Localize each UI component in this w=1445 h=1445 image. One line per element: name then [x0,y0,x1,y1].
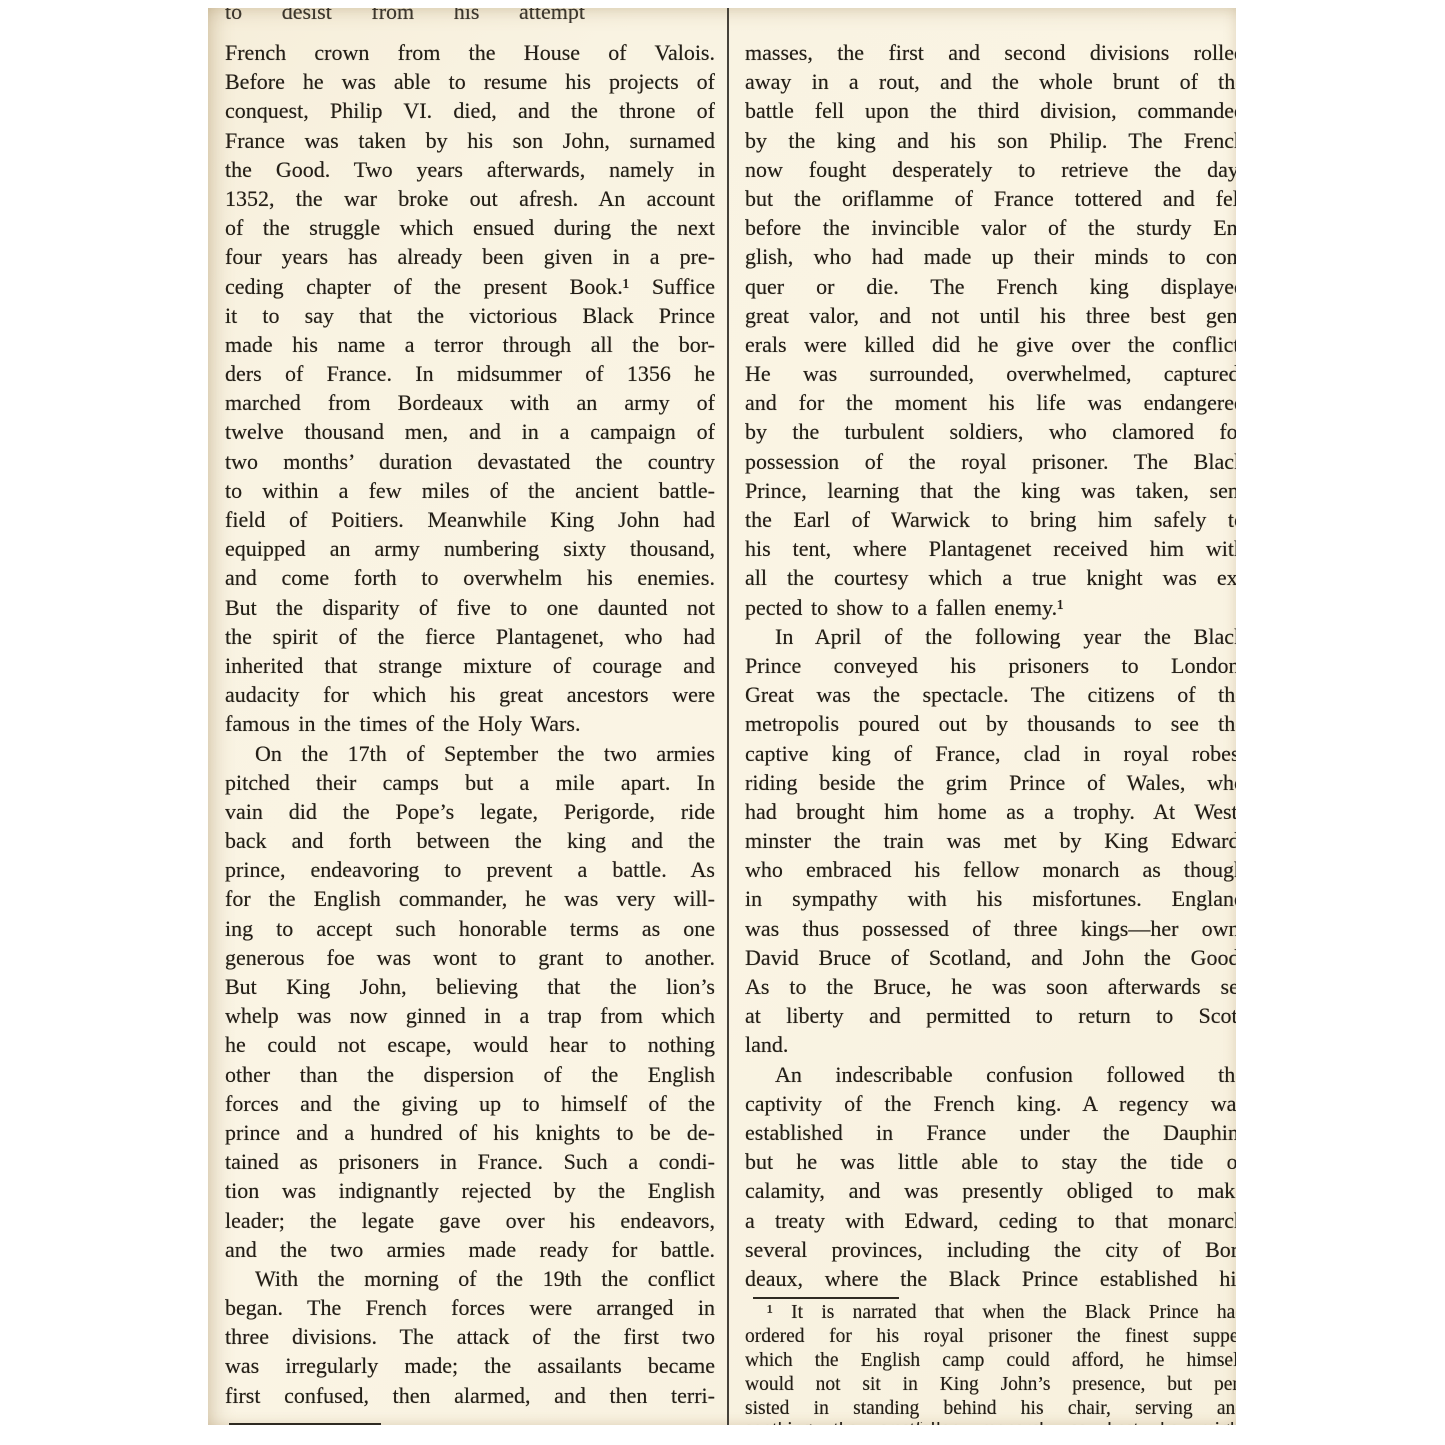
text-line: two months’ duration devastated the coun… [225,447,715,476]
right-column-lines: masses, the first and second divisions r… [745,38,1236,1293]
text-line: prince and a hundred of his knights to b… [225,1118,715,1147]
text-line: Prince conveyed his prisoners to London. [745,651,1236,680]
left-column: to desist from his attempt French crown … [225,8,715,1425]
text-line: In April of the following year the Black [745,622,1236,651]
text-line: tion was indignantly rejected by the Eng… [225,1176,715,1205]
right-footnote-rule [753,1297,899,1299]
text-line: quer or die. The French king displayed [745,272,1236,301]
text-line: and come forth to overwhelm his enemies. [225,563,715,592]
text-line: several provinces, including the city of… [745,1235,1236,1264]
text-line: began. The French forces were arranged i… [225,1293,715,1322]
text-line: tained as prisoners in France. Such a co… [225,1147,715,1176]
text-line: As to the Bruce, he was soon afterwards … [745,972,1236,1001]
text-line: away in a rout, and the whole brunt of t… [745,67,1236,96]
text-line: a treaty with Edward, ceding to that mon… [745,1206,1236,1235]
text-line: He was surrounded, overwhelmed, captured… [745,359,1236,388]
left-column-clipped-top-line: to desist from his attempt [225,8,585,23]
text-line: other than the dispersion of the English [225,1060,715,1089]
text-line: who embraced his fellow monarch as thoug… [745,855,1236,884]
text-line: back and forth between the king and the [225,826,715,855]
text-line: glish, who had made up their minds to co… [745,242,1236,271]
text-line: But the disparity of five to one daunted… [225,593,715,622]
text-line: land. [745,1030,1236,1059]
book-page: to desist from his attempt French crown … [208,8,1236,1425]
text-line: by the turbulent soldiers, who clamored … [745,417,1236,446]
text-line: pected to show to a fallen enemy.¹ [745,593,1236,622]
text-line: On the 17th of September the two armies [225,739,715,768]
text-line: famous in the times of the Holy Wars. [225,709,715,738]
text-line: all the courtesy which a true knight was… [745,563,1236,592]
text-line: With the morning of the 19th the conflic… [225,1264,715,1293]
text-line: in sympathy with his misfortunes. Englan… [745,884,1236,913]
text-line: An indescribable confusion followed the [745,1060,1236,1089]
text-line: masses, the first and second divisions r… [745,38,1236,67]
text-line: possession of the royal prisoner. The Bl… [745,447,1236,476]
text-line: soothing the crestfallen monarch as best… [745,1422,1236,1426]
text-line: generous foe was wont to grant to anothe… [225,943,715,972]
text-line: the Earl of Warwick to bring him safely … [745,505,1236,534]
text-line: of the struggle which ensued during the … [225,213,715,242]
footnote-line: ¹ It is narrated that when the Black Pri… [745,1301,1236,1325]
text-line: ders of France. In midsummer of 1356 he [225,359,715,388]
text-line: prince, endeavoring to prevent a battle.… [225,855,715,884]
left-column-lines: French crown from the House of Valois.Be… [225,38,715,1410]
text-line: four years has already been given in a p… [225,242,715,271]
text-line: had brought him home as a trophy. At Wes… [745,797,1236,826]
column-divider [727,8,729,1425]
text-line: minster the train was met by King Edward… [745,826,1236,855]
text-line: the Good. Two years afterwards, namely i… [225,155,715,184]
text-line: was thus possessed of three kings—her ow… [745,914,1236,943]
text-line: inherited that strange mixture of courag… [225,651,715,680]
text-line: now fought desperately to retrieve the d… [745,155,1236,184]
text-line: metropolis poured out by thousands to se… [745,709,1236,738]
text-line: was irregularly made; the assailants bec… [225,1351,715,1380]
text-line: and for the moment his life was endanger… [745,388,1236,417]
text-line: captivity of the French king. A regency … [745,1089,1236,1118]
text-line: Before he was able to resume his project… [225,67,715,96]
text-line: ceding chapter of the present Book.¹ Suf… [225,272,715,301]
text-line: riding beside the grim Prince of Wales, … [745,768,1236,797]
text-line: France was taken by his son John, surnam… [225,126,715,155]
text-line: David Bruce of Scotland, and John the Go… [745,943,1236,972]
text-line: whelp was now ginned in a trap from whic… [225,1001,715,1030]
right-footnote-clipped-bottom-line: soothing the crestfallen monarch as best… [745,1422,1236,1426]
text-line: pitched their camps but a mile apart. In [225,768,715,797]
text-line: calamity, and was presently obliged to m… [745,1176,1236,1205]
text-line: for the English commander, he was very w… [225,884,715,913]
footnote-line: would not sit in King John’s presence, b… [745,1373,1236,1397]
text-line: vain did the Pope’s legate, Perigorde, r… [225,797,715,826]
text-line: leader; the legate gave over his endeavo… [225,1206,715,1235]
text-line: equipped an army numbering sixty thousan… [225,534,715,563]
text-line: audacity for which his great ancestors w… [225,680,715,709]
text-line: before the invincible valor of the sturd… [745,213,1236,242]
text-line: 1352, the war broke out afresh. An accou… [225,184,715,213]
text-line: but he was little able to stay the tide … [745,1147,1236,1176]
text-line: he could not escape, would hear to nothi… [225,1030,715,1059]
text-line: forces and the giving up to himself of t… [225,1089,715,1118]
footnote-line: ordered for his royal prisoner the fines… [745,1325,1236,1349]
text-line: his tent, where Plantagenet received him… [745,534,1236,563]
text-line: made his name a terror through all the b… [225,330,715,359]
text-line: and the two armies made ready for battle… [225,1235,715,1264]
right-column: masses, the first and second divisions r… [745,8,1236,1425]
text-line: first confused, then alarmed, and then t… [225,1381,715,1410]
text-line: established in France under the Dauphin; [745,1118,1236,1147]
text-line: three divisions. The attack of the first… [225,1322,715,1351]
scanned-book-page-canvas: to desist from his attempt French crown … [0,0,1445,1445]
right-footnote-lines: ¹ It is narrated that when the Black Pri… [745,1301,1236,1422]
text-line: it to say that the victorious Black Prin… [225,301,715,330]
left-footnote-rule [229,1423,381,1425]
footnote-line: which the English camp could afford, he … [745,1349,1236,1373]
text-line: Great was the spectacle. The citizens of… [745,680,1236,709]
text-line: to desist from his attempt [225,8,585,23]
footnote-line: sisted in standing behind his chair, ser… [745,1397,1236,1421]
text-line: erals were killed did he give over the c… [745,330,1236,359]
text-line: the spirit of the fierce Plantagenet, wh… [225,622,715,651]
text-line: ing to accept such honorable terms as on… [225,914,715,943]
text-line: but the oriflamme of France tottered and… [745,184,1236,213]
text-line: by the king and his son Philip. The Fren… [745,126,1236,155]
text-line: captive king of France, clad in royal ro… [745,739,1236,768]
text-line: Prince, learning that the king was taken… [745,476,1236,505]
text-line: to within a few miles of the ancient bat… [225,476,715,505]
text-line: deaux, where the Black Prince establishe… [745,1264,1236,1293]
text-line: great valor, and not until his three bes… [745,301,1236,330]
text-line: French crown from the House of Valois. [225,38,715,67]
text-line: at liberty and permitted to return to Sc… [745,1001,1236,1030]
text-line: battle fell upon the third division, com… [745,96,1236,125]
text-line: marched from Bordeaux with an army of [225,388,715,417]
text-line: conquest, Philip VI. died, and the thron… [225,96,715,125]
text-line: But King John, believing that the lion’s [225,972,715,1001]
text-line: twelve thousand men, and in a campaign o… [225,417,715,446]
text-line: field of Poitiers. Meanwhile King John h… [225,505,715,534]
